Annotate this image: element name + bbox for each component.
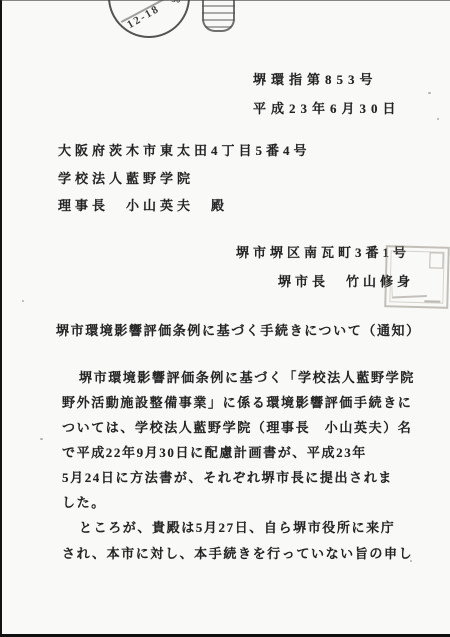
postmark-partial-text: 50 xyxy=(171,0,181,5)
recipient-addressee: 理事長 小山英夫 殿 xyxy=(58,197,228,215)
body-line: 5月24日に方法書が、それぞれ堺市長に提出されま xyxy=(62,469,393,487)
scan-speck xyxy=(40,438,43,440)
doc-number: 堺環指第853号 xyxy=(253,71,378,89)
official-seal-mark xyxy=(391,285,426,299)
body-line: 堺市環境影響評価条例に基づく「学校法人藍野学院 xyxy=(62,369,415,387)
receipt-stamp xyxy=(202,0,235,32)
circular-postmark-stamp: 12-18 50 xyxy=(103,0,196,43)
scan-edge-left xyxy=(0,0,2,637)
scan-speck xyxy=(437,118,439,120)
body-line: され、本市に対し、本手続きを行っていない旨の申し xyxy=(62,545,413,563)
official-seal-stamp xyxy=(384,245,450,309)
sender-address: 堺市堺区南瓦町3番1号 xyxy=(236,244,410,262)
body-line: ついては、学校法人藍野学院（理事長 小山英夫）名 xyxy=(62,419,412,437)
scan-speck xyxy=(410,560,412,562)
scan-speck xyxy=(428,92,431,94)
official-seal-mark xyxy=(429,252,443,268)
scanned-notice-document: 12-18 50 堺環指第853号 平成23年6月30日 大阪府茨木市東太田4丁… xyxy=(0,0,450,637)
subject-line: 堺市環境影響評価条例に基づく手続きについて（通知） xyxy=(56,322,421,340)
scan-speck xyxy=(22,300,24,302)
body-line: で平成22年9月30日に配慮計画書が、平成23年 xyxy=(62,444,367,462)
issue-date: 平成23年6月30日 xyxy=(253,100,401,118)
body-line: 野外活動施設整備事業」に係る環境影響評価手続きに xyxy=(62,394,412,412)
recipient-organization: 学校法人藍野学院 xyxy=(58,170,194,188)
postmark-date-text: 12-18 xyxy=(125,3,162,31)
body-line: した。 xyxy=(62,494,106,512)
body-line: ところが、貴殿は5月27日、自ら堺市役所に来庁 xyxy=(62,519,395,537)
official-seal-mark xyxy=(424,300,440,302)
recipient-address: 大阪府茨木市東太田4丁目5番4号 xyxy=(58,142,311,160)
